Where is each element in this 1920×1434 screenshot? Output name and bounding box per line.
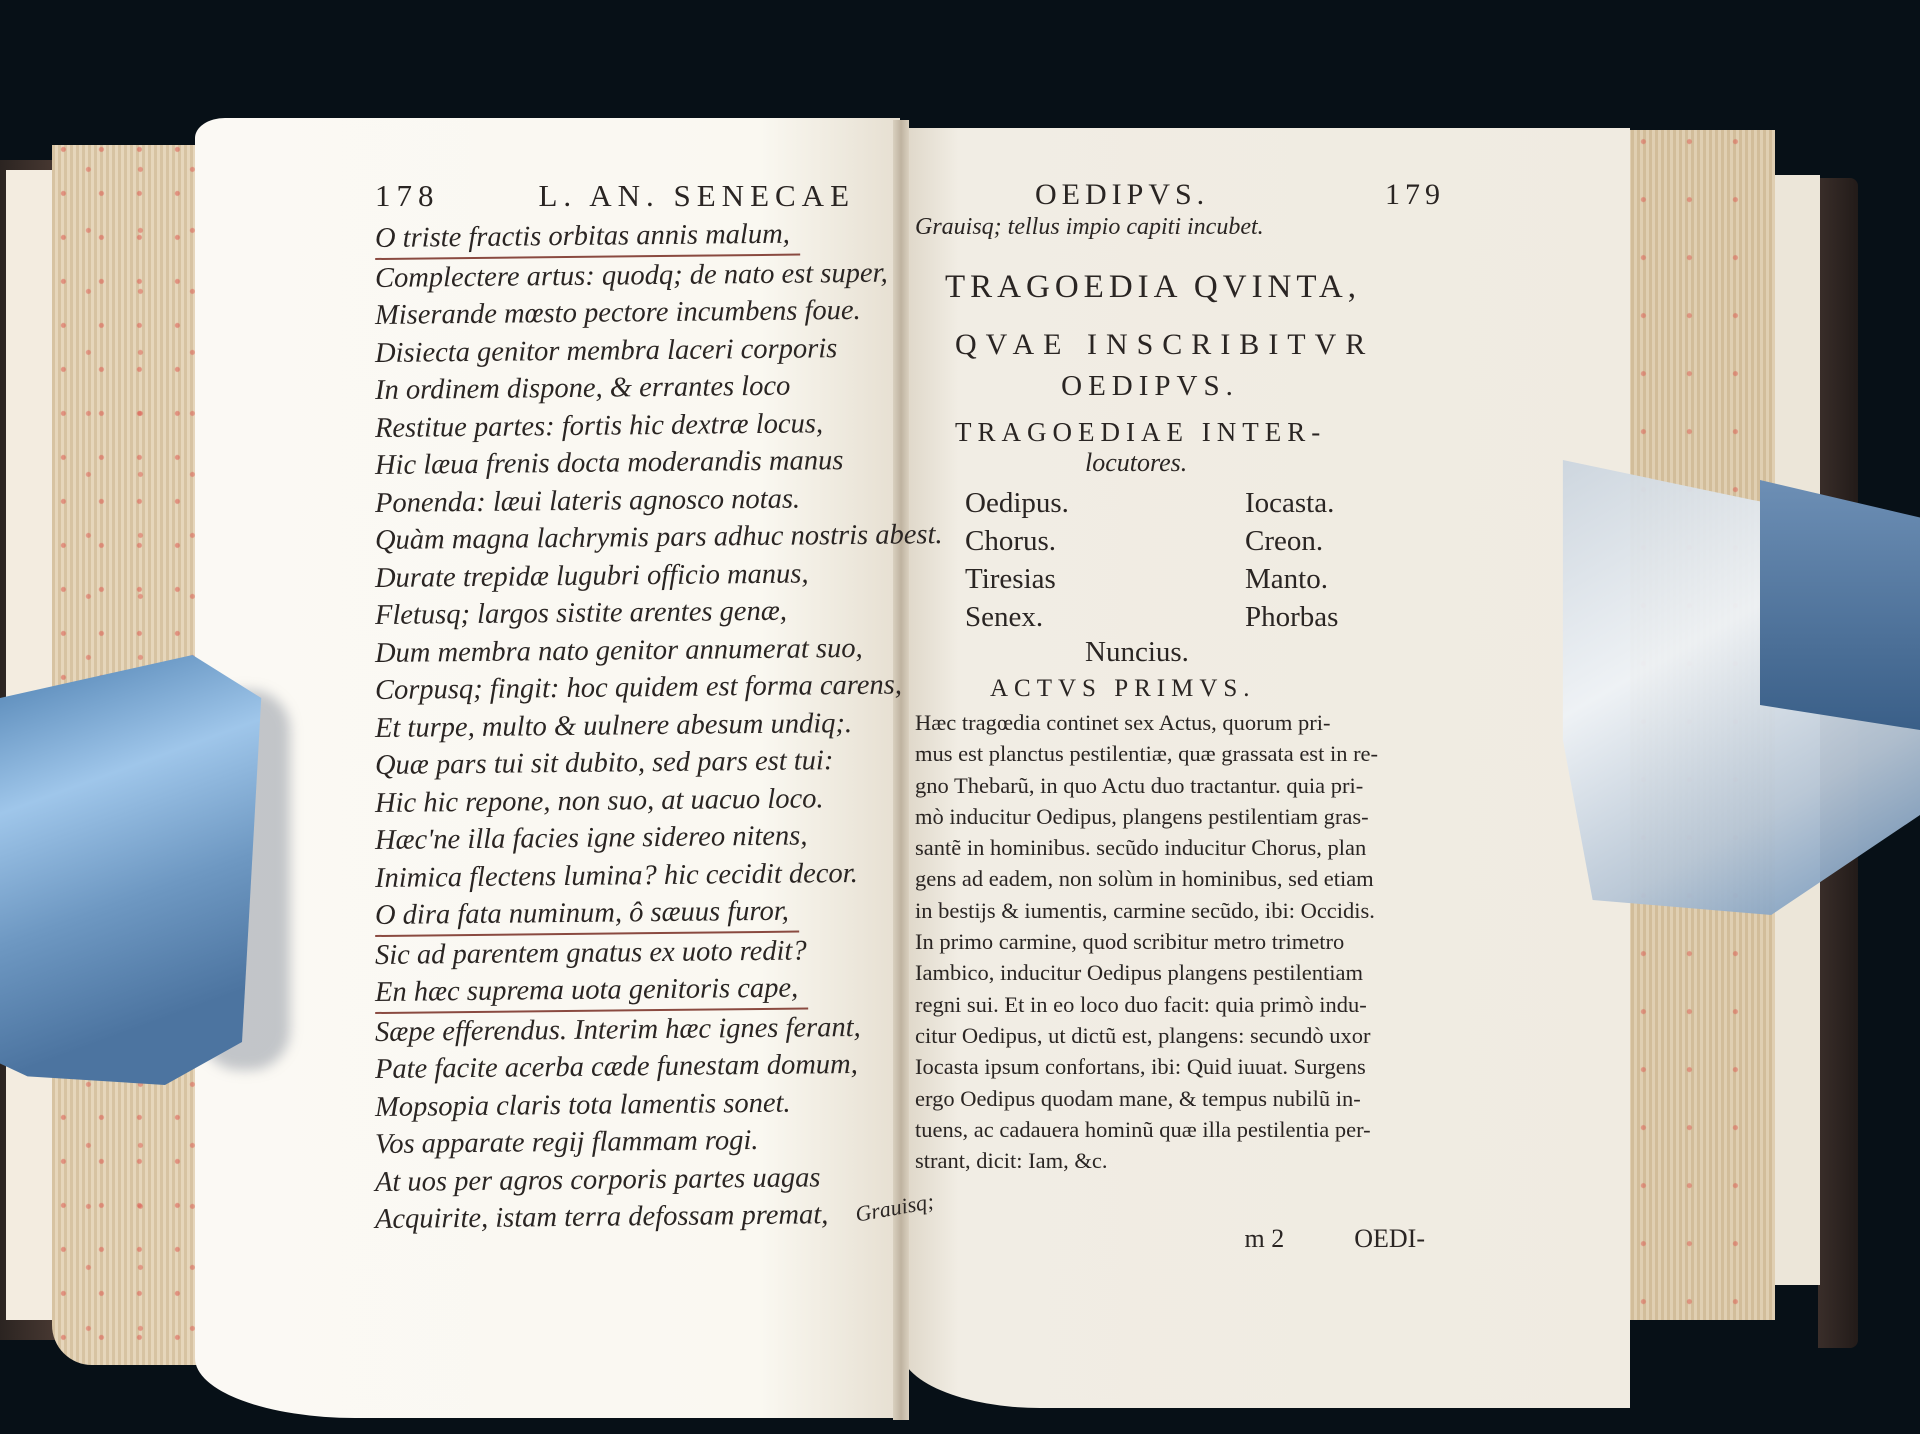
verse-line: Et turpe, multo & uulnere abesum undiq;. <box>375 704 895 747</box>
cast-member: Nuncius. <box>1085 636 1445 669</box>
verse-line: O triste fractis orbitas annis malum, <box>375 216 800 260</box>
cast-member: Creon. <box>1245 522 1465 560</box>
cast-member: Phorbas <box>1245 598 1465 636</box>
left-weight-bag <box>0 655 275 1085</box>
tragedy-title: QVAE INSCRIBITVR <box>955 328 1445 362</box>
verse-line: Sæpe efferendus. Interim hæc ignes feran… <box>375 1008 895 1051</box>
right-catchword: OEDI- <box>1354 1224 1425 1254</box>
page-number: 179 <box>1385 178 1445 212</box>
verse-line: Quàm magna lachrymis pars adhuc nostris … <box>375 517 895 560</box>
verse-line: Complectere artus: quodq; de nato est su… <box>375 254 895 297</box>
cast-member: Senex. <box>965 598 1245 636</box>
verse-line: Mopsopia claris tota lamentis sonet. <box>375 1083 895 1126</box>
prose-line: regni sui. Et in eo loco duo facit: quia… <box>915 989 1445 1020</box>
verse-line: Fletusq; largos sistite arentes genæ, <box>375 592 895 635</box>
prose-line: In primo carmine, quod scribitur metro t… <box>915 926 1445 957</box>
verse-line: Durate trepidæ lugubri officio manus, <box>375 554 895 597</box>
right-bag-wrap <box>1760 480 1920 730</box>
prose-line: citur Oedipus, ut dictũ est, plangens: s… <box>915 1020 1445 1051</box>
prose-line: tuens, ac cadauera hominũ quæ illa pesti… <box>915 1114 1445 1145</box>
cast-member: Iocasta. <box>1245 484 1465 522</box>
left-page-text: 178 L. AN. SENECAE O triste fractis orbi… <box>375 178 895 1239</box>
verse-line: Acquirite, istam terra defossam premat, <box>375 1196 895 1239</box>
prose-line: Iocasta ipsum confortans, ibi: Quid iuua… <box>915 1051 1445 1082</box>
verse-line: Ponenda: læui lateris agnosco notas. <box>375 479 895 522</box>
act-heading: ACTVS PRIMVS. <box>990 675 1445 703</box>
verse-line: Quæ pars tui sit dubito, sed pars est tu… <box>375 742 895 785</box>
book-photo: 178 L. AN. SENECAE O triste fractis orbi… <box>0 0 1920 1434</box>
cast-member: Manto. <box>1245 560 1465 598</box>
verse-line: Hæc'ne illa facies igne sidereo nitens, <box>375 817 895 860</box>
tragedy-title: TRAGOEDIA QVINTA, <box>945 269 1445 306</box>
prose-line: mus est planctus pestilentiæ, quæ grassa… <box>915 738 1445 769</box>
verse-line: At uos per agros corporis partes uagas <box>375 1158 895 1201</box>
page-number: 178 <box>375 178 440 214</box>
cast-list: Oedipus. Iocasta. Chorus. Creon. Tiresia… <box>965 484 1445 636</box>
left-running-head: 178 L. AN. SENECAE <box>375 178 895 214</box>
verse-line: Vos apparate regij flammam rogi. <box>375 1121 895 1164</box>
cast-member: Chorus. <box>965 522 1245 560</box>
argument-text: Hæc tragœdia continet sex Actus, quorum … <box>915 707 1445 1176</box>
verse-line: O dira fata numinum, ô sæuus furor, <box>375 893 799 937</box>
verse-line: In ordinem dispone, & errantes loco <box>375 367 895 410</box>
prose-line: Hæc tragœdia continet sex Actus, quorum … <box>915 707 1445 738</box>
signature-mark: m 2 <box>1245 1224 1285 1254</box>
book-gutter <box>893 120 909 1420</box>
prose-line: santẽ in hominibus. secũdo inducitur Cho… <box>915 832 1445 863</box>
verse-line: Pate facite acerba cæde funestam domum, <box>375 1046 895 1089</box>
running-head-title: OEDIPVS. <box>1035 178 1209 212</box>
prose-line: gens ad eadem, non solùm in hominibus, s… <box>915 863 1445 894</box>
right-page-text: OEDIPVS. 179 Grauisq; tellus impio capit… <box>915 178 1445 1254</box>
verse-line: Dum membra nato genitor annumerat suo, <box>375 629 895 672</box>
running-head-title: L. AN. SENECAE <box>539 178 856 214</box>
prose-line: Iambico, inducitur Oedipus plangens pest… <box>915 957 1445 988</box>
verse-line: Inimica flectens lumina? hic cecidit dec… <box>375 854 895 897</box>
verse-line: Hic hic repone, non suo, at uacuo loco. <box>375 779 895 822</box>
verse-line: Sic ad parentem gnatus ex uoto redit? <box>375 931 895 974</box>
verse-line: Hic læua frenis docta moderandis manus <box>375 442 895 485</box>
cast-member: Tiresias <box>965 560 1245 598</box>
verse-line: En hæc suprema uota genitoris cape, <box>375 969 809 1013</box>
interlocutors-heading-cont: locutores. <box>1085 448 1445 478</box>
cast-member: Oedipus. <box>965 484 1245 522</box>
prose-line: mò inducitur Oedipus, plangens pestilent… <box>915 801 1445 832</box>
right-running-head: OEDIPVS. 179 <box>915 178 1445 212</box>
prose-line: in bestijs & iumentis, carmine secũdo, i… <box>915 895 1445 926</box>
prose-line: gno Thebarũ, in quo Actu duo tractantur.… <box>915 770 1445 801</box>
page-footer: m 2 OEDI- <box>915 1224 1445 1254</box>
prose-line: strant, dicit: Iam, &c. <box>915 1145 1445 1176</box>
carryover-verse: Grauisq; tellus impio capiti incubet. <box>915 214 1445 241</box>
verse-line: Corpusq; fingit: hoc quidem est forma ca… <box>375 667 895 710</box>
verse-line: Disiecta genitor membra laceri corporis <box>375 329 895 372</box>
prose-line: ergo Oedipus quodam mane, & tempus nubil… <box>915 1083 1445 1114</box>
interlocutors-heading: TRAGOEDIAE INTER- <box>955 417 1445 448</box>
verse-line: Miserande mœsto pectore incumbens foue. <box>375 292 895 335</box>
verse-line: Restitue partes: fortis hic dextræ locus… <box>375 404 895 447</box>
tragedy-title: OEDIPVS. <box>915 370 1385 403</box>
